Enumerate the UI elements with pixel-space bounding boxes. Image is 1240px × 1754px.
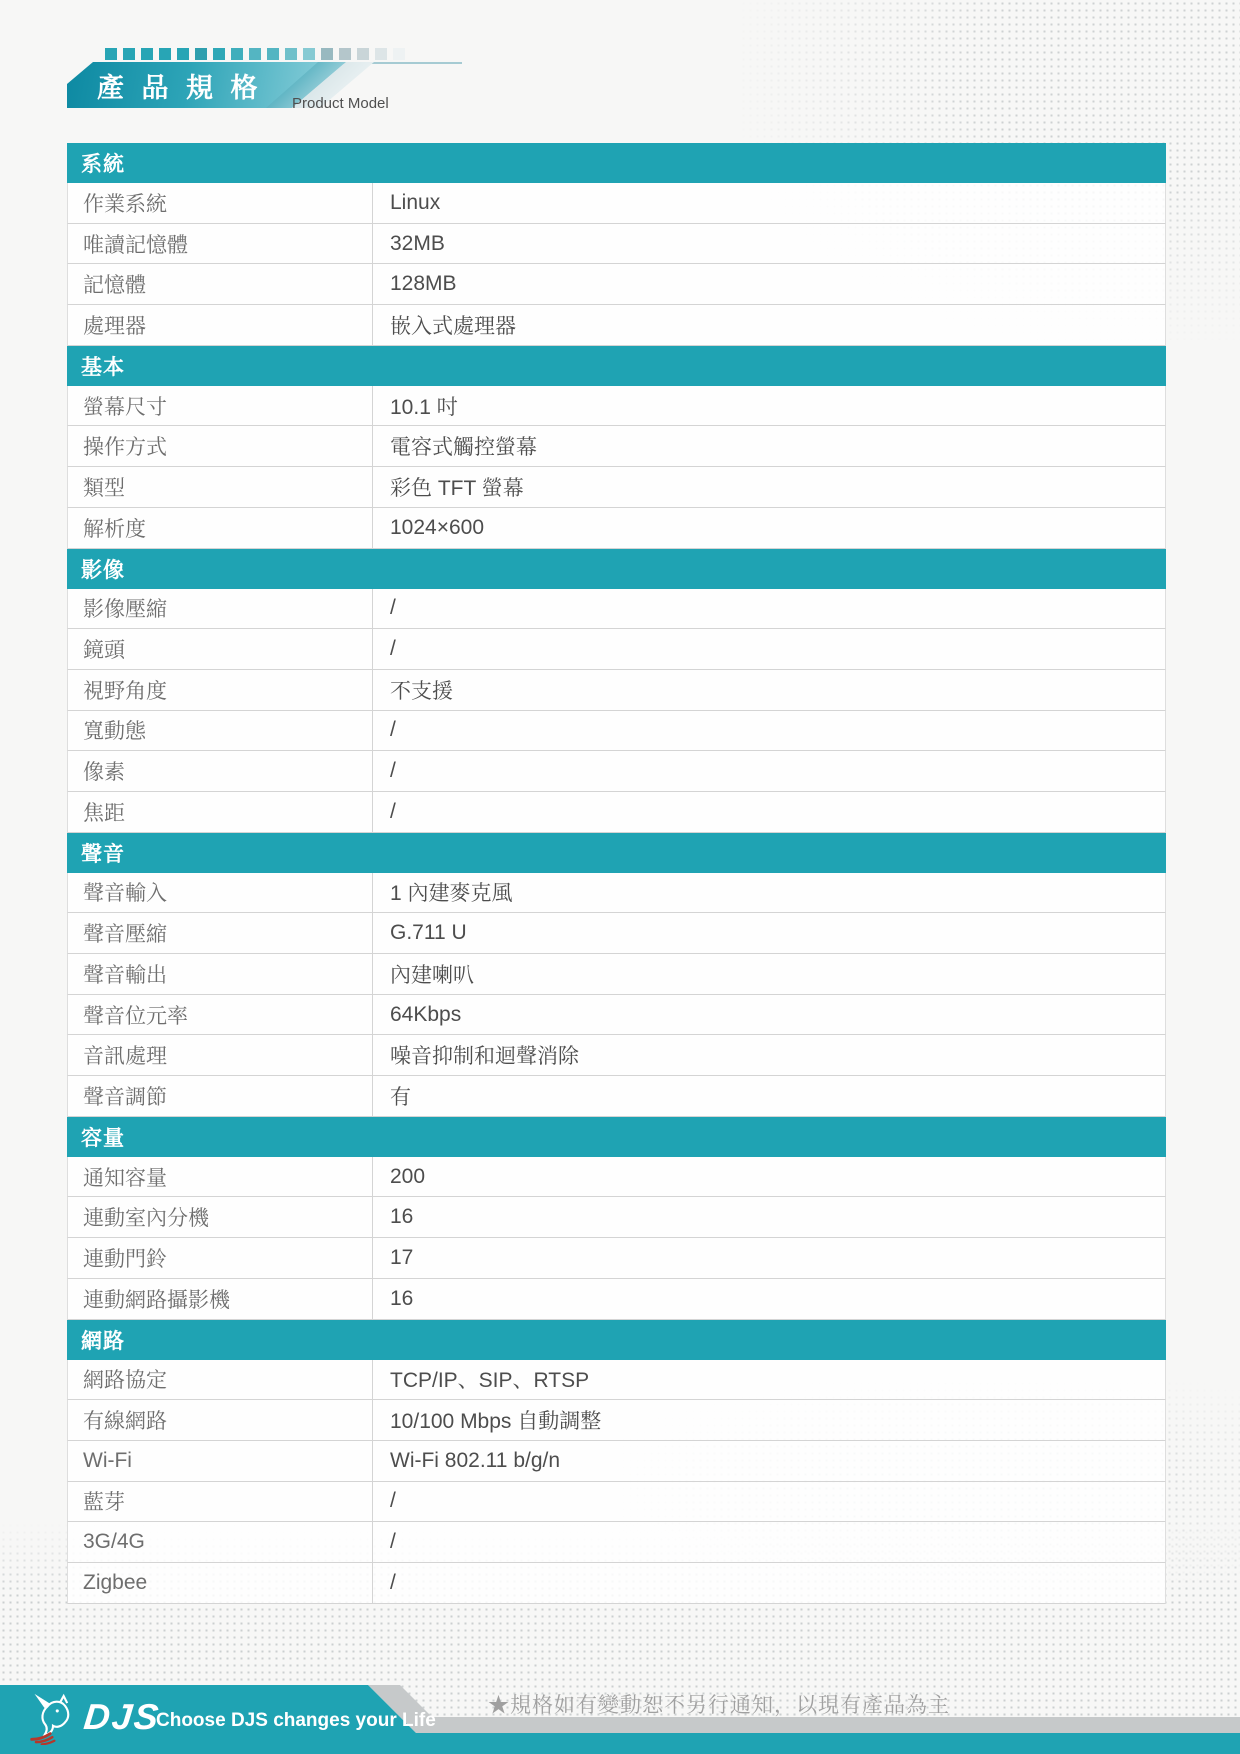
section-header: 網路 (67, 1320, 1166, 1360)
spec-row: 聲音輸出內建喇叭 (67, 954, 1166, 995)
section-title: 基本 (81, 351, 125, 381)
spec-label: 焦距 (68, 792, 373, 832)
footer-gray-strip (432, 1717, 1240, 1733)
spec-label: 聲音壓縮 (68, 913, 373, 953)
spec-row: 視野角度不支援 (67, 670, 1166, 711)
spec-value: 32MB (373, 224, 1165, 264)
spec-label: 網路協定 (68, 1360, 373, 1400)
spec-value: / (373, 711, 1165, 751)
spec-value: Linux (373, 183, 1165, 223)
spec-label: 寬動態 (68, 711, 373, 751)
spec-row: 處理器嵌入式處理器 (67, 305, 1166, 346)
spec-label: Wi-Fi (68, 1441, 373, 1481)
decor-square (321, 48, 333, 60)
section-header: 基本 (67, 346, 1166, 386)
section-title: 影像 (81, 554, 125, 584)
decor-square (303, 48, 315, 60)
spec-row: 鏡頭/ (67, 629, 1166, 670)
decor-square (231, 48, 243, 60)
decor-square (267, 48, 279, 60)
spec-row: 焦距/ (67, 792, 1166, 833)
spec-label: 解析度 (68, 508, 373, 548)
decor-square (339, 48, 351, 60)
spec-value: / (373, 629, 1165, 669)
spec-label: 聲音輸出 (68, 954, 373, 994)
section-header: 影像 (67, 549, 1166, 589)
spec-label: 連動門鈴 (68, 1238, 373, 1278)
section-header: 系統 (67, 143, 1166, 183)
spec-value: 10/100 Mbps 自動調整 (373, 1400, 1165, 1440)
section-title: 聲音 (81, 838, 125, 868)
spec-label: 視野角度 (68, 670, 373, 710)
decor-square (285, 48, 297, 60)
section-title: 系統 (81, 148, 125, 178)
spec-row: 寬動態/ (67, 711, 1166, 752)
decor-square (123, 48, 135, 60)
spec-row: Zigbee/ (67, 1563, 1166, 1604)
spec-value: 1 內建麥克風 (373, 873, 1165, 913)
spec-value: / (373, 751, 1165, 791)
decor-square (249, 48, 261, 60)
spec-value: 噪音抑制和迴聲消除 (373, 1035, 1165, 1075)
spec-value: 嵌入式處理器 (373, 305, 1165, 345)
spec-label: 3G/4G (68, 1522, 373, 1562)
spec-row: 有線網路10/100 Mbps 自動調整 (67, 1400, 1166, 1441)
spec-row: 音訊處理噪音抑制和迴聲消除 (67, 1035, 1166, 1076)
spec-value: 16 (373, 1279, 1165, 1319)
spec-row: 像素/ (67, 751, 1166, 792)
section-title: 容量 (81, 1122, 125, 1152)
spec-label: 影像壓縮 (68, 589, 373, 629)
spec-label: 唯讀記憶體 (68, 224, 373, 264)
decor-square (141, 48, 153, 60)
spec-value: / (373, 1522, 1165, 1562)
decor-square (177, 48, 189, 60)
spec-row: 連動網路攝影機16 (67, 1279, 1166, 1320)
spec-value: / (373, 1482, 1165, 1522)
decor-square (357, 48, 369, 60)
spec-label: 連動網路攝影機 (68, 1279, 373, 1319)
section-header: 聲音 (67, 833, 1166, 873)
page-subtitle: Product Model (292, 95, 389, 112)
spec-value: / (373, 792, 1165, 832)
spec-label: 螢幕尺寸 (68, 386, 373, 426)
decor-square (393, 48, 405, 60)
spec-change-notice: ★規格如有變動恕不另行通知，以現有產品為主 (488, 1689, 950, 1719)
spec-row: 作業系統Linux (67, 183, 1166, 224)
spec-value: 128MB (373, 264, 1165, 304)
spec-row: 螢幕尺寸10.1 吋 (67, 386, 1166, 427)
spec-value: 17 (373, 1238, 1165, 1278)
spec-label: 類型 (68, 467, 373, 507)
spec-value: 16 (373, 1197, 1165, 1237)
spec-label: 處理器 (68, 305, 373, 345)
section-header: 容量 (67, 1117, 1166, 1157)
decor-square (375, 48, 387, 60)
decor-squares (105, 48, 405, 60)
spec-value: 不支援 (373, 670, 1165, 710)
spec-value: TCP/IP、SIP、RTSP (373, 1360, 1165, 1400)
decor-square (195, 48, 207, 60)
spec-label: 連動室內分機 (68, 1197, 373, 1237)
spec-row: 解析度1024×600 (67, 508, 1166, 549)
spec-row: 聲音位元率64Kbps (67, 995, 1166, 1036)
spec-value: Wi-Fi 802.11 b/g/n (373, 1441, 1165, 1481)
spec-label: 聲音輸入 (68, 873, 373, 913)
spec-row: 連動室內分機16 (67, 1197, 1166, 1238)
spec-label: 音訊處理 (68, 1035, 373, 1075)
spec-row: 聲音輸入1 內建麥克風 (67, 873, 1166, 914)
brand-slogan: Choose DJS changes your Life (156, 1710, 436, 1732)
spec-value: 彩色 TFT 螢幕 (373, 467, 1165, 507)
spec-value: 有 (373, 1076, 1165, 1116)
spec-value: 10.1 吋 (373, 386, 1165, 426)
spec-row: 記憶體128MB (67, 264, 1166, 305)
spec-sheet-page: 產 品 規 格 Product Model 系統作業系統Linux唯讀記憶體32… (0, 0, 1240, 1754)
spec-value: 1024×600 (373, 508, 1165, 548)
spec-row: 網路協定TCP/IP、SIP、RTSP (67, 1360, 1166, 1401)
spec-row: 藍芽/ (67, 1482, 1166, 1523)
brand-logo-text: DJS (82, 1696, 162, 1738)
spec-label: 記憶體 (68, 264, 373, 304)
spec-row: 3G/4G/ (67, 1522, 1166, 1563)
spec-label: Zigbee (68, 1563, 373, 1603)
spec-value: / (373, 1563, 1165, 1603)
spec-table: 系統作業系統Linux唯讀記憶體32MB記憶體128MB處理器嵌入式處理器基本螢… (67, 143, 1166, 1604)
spec-row: 操作方式電容式觸控螢幕 (67, 426, 1166, 467)
decor-square (213, 48, 225, 60)
spec-row: 影像壓縮/ (67, 589, 1166, 630)
spec-label: 有線網路 (68, 1400, 373, 1440)
spec-row: 連動門鈴17 (67, 1238, 1166, 1279)
spec-label: 藍芽 (68, 1482, 373, 1522)
spec-row: 通知容量200 (67, 1157, 1166, 1198)
spec-value: G.711 U (373, 913, 1165, 953)
spec-label: 鏡頭 (68, 629, 373, 669)
spec-label: 操作方式 (68, 426, 373, 466)
spec-row: 聲音調節有 (67, 1076, 1166, 1117)
spec-value: 電容式觸控螢幕 (373, 426, 1165, 466)
spec-value: / (373, 589, 1165, 629)
spec-row: 唯讀記憶體32MB (67, 224, 1166, 265)
spec-label: 作業系統 (68, 183, 373, 223)
spec-value: 內建喇叭 (373, 954, 1165, 994)
spec-row: 類型彩色 TFT 螢幕 (67, 467, 1166, 508)
spec-label: 聲音調節 (68, 1076, 373, 1116)
spec-label: 像素 (68, 751, 373, 791)
spec-row: Wi-FiWi-Fi 802.11 b/g/n (67, 1441, 1166, 1482)
decor-square (159, 48, 171, 60)
spec-value: 64Kbps (373, 995, 1165, 1035)
unicorn-logo-icon (30, 1691, 76, 1750)
spec-label: 通知容量 (68, 1157, 373, 1197)
decor-square (105, 48, 117, 60)
section-title: 網路 (81, 1325, 125, 1355)
spec-value: 200 (373, 1157, 1165, 1197)
page-title: 產 品 規 格 (67, 66, 263, 105)
spec-label: 聲音位元率 (68, 995, 373, 1035)
spec-row: 聲音壓縮G.711 U (67, 913, 1166, 954)
